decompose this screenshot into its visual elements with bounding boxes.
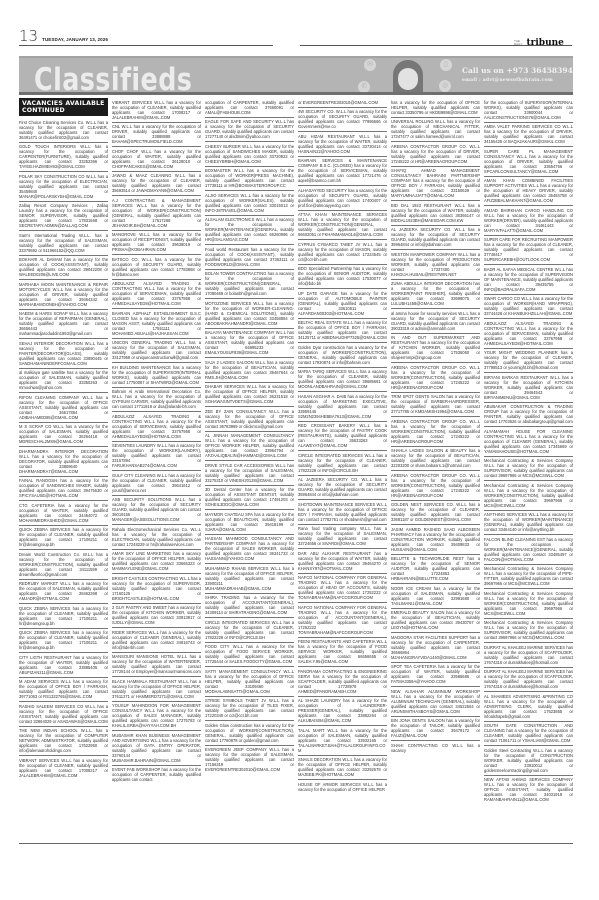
classified-ad: ATTAA KHAN MAINTENANCE SERVICES W.L.L ha… (298, 211, 387, 241)
classified-ad: or EVERGREENTRE302010@GMAIL.COM (298, 98, 387, 108)
classified-ad: ABDULAZIZ ALSAYED TRADING & CONTRACTING … (112, 280, 201, 310)
classified-ad: DRIVE STYLE CAR ACCESSORIES W.L.L has a … (205, 461, 294, 486)
classified-ad: BRIGHT CASTLES CONTRACTING W.L.L has a v… (112, 574, 201, 604)
logo-name: tribune (526, 38, 563, 48)
classified-ad: BIRYANI BARKAS RESTAURANT W.L.L has a va… (484, 373, 573, 403)
classified-ad: SHAHI CONTRACTING CO W.L.L has a vacancy (391, 741, 480, 755)
classified-ad: EAGLE FOR SAFE AND SECURITY W.L.L has a … (205, 118, 294, 143)
classified-ad: GOLD TOUCH INTERIORS W.L.L has a vacancy… (19, 143, 108, 173)
classified-ad: VIBRANT SERVICES W.L.L has a vacancy for… (112, 98, 201, 123)
classified-ad: al amma house for security services W.L.… (391, 309, 480, 334)
classified-ad: A.J CONTRACTING & MANAGEMENT SERVICES W.… (112, 196, 201, 231)
classified-ad: ABDULAZIZ ALSAYED TRADING & CONTRACTING … (112, 412, 201, 442)
classified-ad: ALYAMAMAH HOUSE FOR CLEANING CONTRACTING… (484, 427, 573, 457)
classified-ad: BIN JONA GENTS SALOON has a vacancy for … (391, 717, 480, 742)
classified-ad: MANSOURI MANSIONS HOTEL W.L.L has a vaca… (112, 653, 201, 678)
classified-ad: ALJIO SERVICES W.L.L has a vacancy for t… (205, 191, 294, 216)
classified-ad: al malkiaya gate satellite has a vacancy… (19, 369, 108, 394)
classified-ad: YOUR MIGHT WEDDING PLANNER has a vacancy… (484, 349, 573, 374)
classified-ad: BAHRAIN ASPHALT ESTABLISHMENT B.S.C CLOS… (112, 309, 201, 339)
classified-ad: BOXMASTER W.L.L has a vacancy for the oc… (205, 167, 294, 192)
classified-ad: PANORAMA CONTRACTING & ENGINEERING SERVI… (298, 667, 387, 697)
issue-date: TUESDAY, JANUARY 13, 2026 (42, 37, 108, 42)
classified-ad: NAEEM & HARIS SCRAP W.L.L has a vacancy … (19, 310, 108, 340)
classified-ad: AL JAZEERA SECURITY CO. W.L.L has a vaca… (391, 226, 480, 251)
classified-ad: AREENA CONTRACTOR GROUP CO. W.L.L has a … (391, 417, 480, 447)
masthead: 13 TUESDAY, JANUARY 13, 2026 (19, 28, 274, 46)
classified-ad: Rana food trading company W.L.L has a va… (298, 525, 387, 550)
classified-ad: DAR ABU ALKHAIR RESTAURANT has a vacancy… (298, 549, 387, 574)
column-3: occupation of CARPENTER, suitably qualif… (205, 98, 294, 840)
classified-ad: BALAIYA MAINTENANCE COMPANY W.L.L has a … (205, 329, 294, 359)
classified-ad: Golden Glow construction has a vacancy f… (205, 721, 294, 746)
classified-ad: 3D Dental Center has a vacancy for the o… (205, 486, 294, 511)
classified-ad: SHIRA TRADING has a vacancy for the occu… (205, 594, 294, 619)
classified-ad: AL SHAZE LAUNDRY has a vacancy for the o… (298, 697, 387, 727)
globe-icon: ◎ (439, 80, 451, 92)
classified-ad: THE NEW INDIAN SCHOOL W.L.L. has a vacan… (19, 727, 108, 757)
classified-ad: M ADAM SERVICES W.L.L has a vacancy for … (19, 678, 108, 703)
classified-ad: Mechanical Contracting & Services Compan… (484, 565, 573, 590)
classified-ad: occupation of CARPENTER, suitably qualif… (205, 98, 294, 118)
classified-ad: Mechanical Contracting & Services Compan… (484, 619, 573, 644)
classified-ad: QUICK ZEBRA SERVICES has a vacancy for t… (19, 629, 108, 654)
classified-ad: Sam's International Trading W.L.L. has a… (19, 231, 108, 256)
classified-ad: JASIM AHMED RASHED SAAD ALBOSEEN PHARMAC… (391, 525, 480, 555)
classified-ad: BLACK HAMMALA RESTAURANT W.L.L has a vac… (112, 677, 201, 702)
section-heading: VACANCIES AVAILABLE CONTINUED (19, 98, 108, 116)
classified-ad: REDRUBY MARKET W.L.L has a vacancy for t… (19, 580, 108, 605)
column-1: VACANCIES AVAILABLE CONTINUED First Choi… (19, 98, 108, 840)
classified-ad: ZUMA ABDULLA INTERIOR DECORATION has a v… (391, 280, 480, 310)
classified-ad: GOLDEN NEST SERVICES CO. W.L.L has a vac… (391, 501, 480, 526)
classified-ad: SNAILS DECORATION W.L.L has a vacancy fo… (298, 756, 387, 781)
classified-ad: AREENA CONTRACTOR GROUP CO. W.L.L has a … (391, 363, 480, 393)
classified-ad: BELUTTE & TECHWORLDIE REST has a vacancy… (391, 555, 480, 585)
classified-columns: VACANCIES AVAILABLE CONTINUED First Choi… (19, 98, 573, 840)
classified-ad: QUICK ZEBRA SERVICES has a vacancy for t… (19, 526, 108, 551)
classified-ad: BDO Specialized Partnership has a vacanc… (298, 265, 387, 290)
classified-ad: NAFCO NATIONAL COMPANY FOR GENERAL TRADI… (298, 574, 387, 604)
classified-ad: CHOF CHOF W.L.L has a vacancy for the oc… (112, 147, 201, 172)
classified-ad: SOUTH GATE CONSTRUCTION AND CLEANING has… (484, 722, 573, 747)
column-4: or EVERGREENTRE302010@GMAIL.COM4W SECURI… (298, 98, 387, 840)
classifieds-banner: Classifieds ✉ ✆ ▯ ◎ Call us on +973 3645… (19, 56, 573, 95)
classified-ad: SUPER CARE PL MANAGEMENT CONSULTANCY W.L… (484, 147, 573, 177)
classified-ad: AREENA CONTRACTOR GROUP CO. W.L.L has a … (391, 142, 480, 167)
classified-ad: Mechanical Contracting & Services Compan… (484, 457, 573, 482)
classified-ad: CYPRUS CYBARCO TABET JV W.L.L has a vaca… (298, 240, 387, 265)
classified-ad: CITY LIGTH RESTAURANT has a vacancy for … (19, 653, 108, 678)
classified-ad: SEHAJ INTERIOR DECORATION W.L.L has a va… (19, 339, 108, 369)
classified-ad: YOUSUF MAHINDOON FOR MANAGEMENT CONSULTA… (112, 702, 201, 732)
brand-rule (300, 45, 572, 46)
classified-ad: FOOD CITY W.L.L has a vacancy for the oc… (205, 643, 294, 668)
classified-ad: ABU HIZAM RESTAURANT W.L.L has a vacancy… (298, 132, 387, 157)
classified-ad: NAFCO NATIONAL COMPANY FOR GENERAL TRADI… (298, 603, 387, 638)
classified-ad: EVERGREEN JEEP COMPANY W.L.L has a vacan… (205, 746, 294, 775)
classified-ad: HOUSE OF ARMOR SERVICES W.L.L has a vaca… (298, 780, 387, 794)
phone-line: Call us on +973 36458394 (462, 66, 573, 75)
classified-ad: STRIDE SYMBOLS TABET JV W.L.L has a vaca… (205, 697, 294, 722)
classified-ad: BOKHARI AL DAMAM has a vacancy for the o… (19, 256, 108, 281)
classified-ad: CHEESY BURGER W.L.L has a vacancy for th… (205, 142, 294, 167)
classified-ad: BADR AL SAFAA MEDICAL CENTRE W.L.L has a… (484, 265, 573, 295)
classified-ad: NOOR ICE CREAM has a vacancy for the occ… (391, 584, 480, 609)
classified-ad: BOLAN TOWER CONTRACTING has a vacancy fo… (205, 270, 294, 300)
classified-ad: AMBA VALET PARKING SERVICES CO W.L.L has… (484, 123, 573, 148)
classified-ad: DURRAT AL KHALEEJ MARINE SERVICES has a … (484, 668, 573, 693)
classified-ad: JAWAD & MAAZ CLEANING W.L.L has a vacanc… (112, 172, 201, 197)
banner-strip (19, 92, 573, 95)
classified-ad: SUPER CARE FOR RECRUITING MANPOWER has a… (484, 236, 573, 266)
classified-ad: KH BUILDING MAINTENANCE has a vacancy fo… (112, 363, 201, 388)
classified-ad: MARHABA MOON MAINTENANCE & REPAIR MOTORC… (19, 280, 108, 310)
classified-ad: TRIM SPOT GENTS SALON has a vacancy for … (391, 393, 480, 418)
classified-ad: NEW ALSAHAR ALUMINIUM WORKSHOP W.L.L has… (391, 687, 480, 717)
classified-ad: POLAR SKY CONSTRUCTION CO W.L.L has a va… (19, 172, 108, 202)
classified-ad: NEW AFTAB AHMAD SERVICES COMPANY W.L.L h… (484, 776, 573, 805)
tablet-icon: ▯ (440, 59, 452, 71)
classified-ad: has a vacancy for the occupation of OFFI… (391, 98, 480, 118)
classified-ad: UP DATE GARAGE has a vacancy for the occ… (298, 289, 387, 319)
classified-ad: HASAN ASGHAR A. DAIB has a vacancy for t… (298, 392, 387, 422)
classified-ad: BID DAL 1923 RESTAURANT W.L.L has a vaca… (391, 201, 480, 226)
classified-ad: BELTAC REAL ESTATE W.L.L has a vacancy f… (298, 319, 387, 344)
classified-ad: ALHASAYYED SECURITY has a vacancy for th… (298, 186, 387, 211)
classified-ad: for the occupation of SUPERVISOR(INTERNA… (484, 98, 573, 123)
classified-ad: MUHAMMAD RAHAB SERVICES W.L.L has a vaca… (205, 564, 294, 594)
classified-ad: M S SCRAP CO W.L.L has a vacancy for the… (19, 423, 108, 448)
column-6: for the occupation of SUPERVISOR(INTERNA… (484, 98, 573, 840)
classified-ad: RIFON CLEANING COMPANY W.L.L has a vacan… (19, 393, 108, 423)
classified-ad: BATSCO CO. W.L.L has a vacancy for the o… (112, 255, 201, 280)
mail-icon: ✉ (364, 59, 376, 71)
classified-ad: ANYTHING SERVICES W.L.L has a vacancy fo… (484, 511, 573, 536)
section-title: Classifieds (34, 64, 192, 95)
classified-ad: CIRCLE INTEGRATED SERVICES W.L.L has a v… (298, 451, 387, 476)
classified-ad: SAJA 2 LADIES SALOON W.L.L has a vacancy… (205, 358, 294, 383)
classified-ad: RIDER SERVICES W.L.L has a vacancy for t… (112, 628, 201, 653)
masthead-rule (19, 45, 273, 46)
classified-ad: UNICON GENERAL TRADING W.L.L has a vacan… (112, 339, 201, 364)
classified-ad: SWAR CARGO CO W.L.L has a vacancy for th… (484, 295, 573, 320)
classified-ad: DURRAT AL KHALEEJ MARINE SERVICES has a … (484, 643, 573, 668)
classified-ad: SHOTDOWN MAINTENANCE SERVICES W.L.L has … (298, 500, 387, 525)
classified-ad: First Choice Cleaning Services Co. W.L.L… (19, 118, 108, 143)
classified-ad: IN AND OUT SUPERMARKET AND RESTAURANT ha… (391, 334, 480, 364)
classified-ad: GULF CITY CLEANING W.L.L has a vacancy f… (112, 471, 201, 496)
classified-ad: FAINAL RANOOSH has a vacancy for the occ… (19, 477, 108, 502)
classified-ad: EVENT FAB WORKSHOP has a vacancy for the… (112, 766, 201, 785)
operator-illustration (391, 60, 425, 95)
classified-ad: MAYMOR CHATEAU SPA has a vacancy for the… (205, 510, 294, 535)
classified-ad: Mechanical Contracting & Services Compan… (484, 481, 573, 511)
classified-ad: Golden Steel Contracting W.L.L has a vac… (484, 746, 573, 776)
classified-ad: ABDULAZIZ ALSAYED TRADING & CONTRACTING … (484, 319, 573, 349)
classified-ad: HASSAN MAHMOOD CONSULTANCY AND PARTNERSH… (205, 535, 294, 565)
classified-ad: ALSALAM ELECTRONICS W.L.L has a vacancy … (205, 216, 294, 246)
footer-rule (19, 843, 573, 844)
classified-ad: Rahala Electromechanical Services Co. W.… (112, 525, 201, 550)
illustration-face (398, 68, 418, 90)
classified-ad: MUBASHIR KHAN BUSINESS MANAGEMENT AND AD… (112, 731, 201, 766)
column-2: VIBRANT SERVICES W.L.L has a vacancy for… (112, 98, 201, 840)
classified-ad: Golden Dyar construction has a vacancy f… (298, 343, 387, 368)
classified-ad: CTG CAFETERIA has a vacancy for the occu… (19, 501, 108, 526)
classified-ad: MANGROVE W.L.L has a vacancy for the occ… (112, 231, 201, 256)
classified-ad: AMJAD BHIRKHAN CARGO HANDLING CO W.L.L h… (484, 206, 573, 236)
classified-ad: ZEE BY ZAIN CONSULTANCY W.L.L has a vaca… (205, 407, 294, 432)
classified-ad: VIBRANT SERVICES W.L.L has a vacancy for… (19, 756, 108, 780)
classified-ad: AL JAZEERA SECURITY CO. W.L.L has a vaca… (298, 476, 387, 501)
classified-ad: TALAL MART W.L.L has a vacancy for the o… (298, 726, 387, 756)
classified-ad: ABUBAKAR CONSTRUCTION & TRADING GROUP ha… (484, 403, 573, 428)
classified-ad: 2 GUY PASTRY AND SWEET has a vacancy for… (112, 604, 201, 629)
classified-ad: DHABAR SERVICES W.L.L has a vacancy for … (205, 383, 294, 408)
classified-ad: RASHID SALEEM SERVICES CO W.L.L has a va… (19, 702, 108, 727)
classified-ad: BAHRAIN SERVICES & MAINTENANCE COMPANY B… (298, 157, 387, 187)
classified-ad: SEVENTIES LAUNDRY W.L.L has a vacancy fo… (112, 442, 201, 472)
classified-ad: SPOT TEA CAFETERIA has a vacancy for the… (391, 663, 480, 688)
classified-ad: RED CROISSANT BAKERY W.L.L has a vacancy… (298, 422, 387, 452)
classified-ad: Dream World Construction Co. W.L.L has a… (19, 550, 108, 580)
email-line: email : advt@newsofbahrain.com (462, 78, 553, 83)
classified-ad: WESTON MANPOWER COMPANY W.L.L has a vaca… (391, 250, 480, 280)
classified-ad: AMAR SKY LINE MARKETING has a vacancy fo… (112, 550, 201, 575)
classified-ad: CIRCLE INTEGRATED SERVICES W.L.L has a v… (205, 618, 294, 643)
classified-ad: AL JINNAH MANAGEMENT CONSULTANCY W.L.L h… (205, 432, 294, 462)
classified-ad: EMERALD BEAUTY SALON has a vacancy for t… (391, 609, 480, 634)
classified-ad: ASB SECURITY SOLUTIONS W.L.L has a vacan… (112, 496, 201, 526)
classified-ad: FALCON BLIND CLEANING EST has a vacancy … (484, 535, 573, 565)
classified-ad: Mechanical Contracting & Services Compan… (484, 589, 573, 619)
classified-ad: Bahrain Al Arabi International Decoratio… (112, 388, 201, 413)
classified-ad: AL SHAMEES ADVERTISING &PRINTING CO W.L.… (484, 692, 573, 722)
classified-ad: SHAFIQ AHMAD MANAGEMENT CONSULTANCY BAHR… (391, 167, 480, 202)
classified-ad: DHARMANDRA INTERIOR DECORATION W.L.L has… (19, 447, 108, 477)
classified-ad: QUICK ZEBRA SERVICES has a vacancy for t… (19, 604, 108, 629)
classified-ad: CNL W.L.L has a vacancy for the occupati… (112, 123, 201, 148)
classified-ad: 4W SECURITY CO. W.L.L has a vacancy for … (298, 108, 387, 133)
classified-ad: UNIVERSAL ROLLING W.L.L has a vacancy fo… (391, 118, 480, 143)
classified-ad: Food world Restaurant has a vacancy for … (205, 245, 294, 270)
classified-ad: SHAHLA LADIES SALOON & BEAUTY has a vaca… (391, 447, 480, 472)
classified-ad: MARIA TARIQ SERVICES W.L.L has a vacancy… (298, 368, 387, 393)
classified-ad: AMAN KHAN COMBINED FACILITIES SUPPORT AC… (484, 177, 573, 207)
page-number: 13 (19, 28, 38, 44)
classified-ad: FEENI RESTAURANTS AND CAFETERIA W.L.L ha… (298, 638, 387, 668)
classified-ad: AREENA CONTRACTOR GROUP CO. W.L.L has a … (391, 471, 480, 501)
classified-ad: MADOORA STAR FACILITIES SUPPORT has a va… (391, 633, 480, 663)
classified-ad: MOTOZONE SERVICES W.L.L has a vacancy fo… (205, 299, 294, 329)
column-5: has a vacancy for the occupation of OFFI… (391, 98, 480, 840)
classified-ad: SATTI MANAGEMENT CONSULTANCY W.L.L has a… (205, 667, 294, 697)
classified-ad: Zallaq Resort Company Services , Zallaq … (19, 202, 108, 232)
